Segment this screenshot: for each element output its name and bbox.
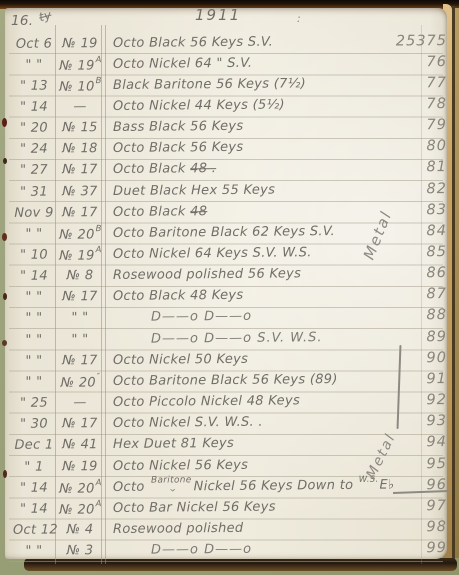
date-cell: " 31 xyxy=(13,184,55,199)
date-cell: " " xyxy=(13,311,55,326)
description-part: Baritone xyxy=(151,475,192,485)
serial-number-cell: 79 xyxy=(395,117,447,133)
number-superscript: A xyxy=(96,499,102,509)
description-part: Octo Nickel S.V. W.S. . xyxy=(113,415,263,431)
date-cell: Dec 1 xyxy=(13,438,55,453)
description-part: Bass Black 56 Keys xyxy=(113,119,244,135)
number-cell: № 19A xyxy=(57,247,103,264)
binding-speck xyxy=(3,158,7,164)
date-cell: " 14 xyxy=(13,269,55,284)
date-cell: " 20 xyxy=(13,121,55,136)
ledger-row: " 20№ 15Bass Black 56 Keys79 xyxy=(5,117,447,141)
scanned-ledger-photo: 16. ty 1911 : Oct 6№ 19Octo Black 56 Key… xyxy=(0,0,459,575)
description-cell: Octo Black 48 . xyxy=(113,160,413,178)
ledger-row: " "№ 17Octo Nickel 50 Keys90 xyxy=(5,350,447,374)
date-cell: " 25 xyxy=(13,396,55,411)
ledger-row: " 27№ 17Octo Black 48 .81 xyxy=(5,159,447,183)
ledger-row: " 14№ 8Rosewood polished 56 Keys86 xyxy=(5,265,447,289)
number-cell: № 20B xyxy=(57,226,103,243)
ledger-rows: Oct 6№ 19Octo Black 56 Keys S.V.25375" "… xyxy=(5,8,447,559)
description-cell: Octo Nickel S.V. W.S. . xyxy=(113,414,413,432)
description-cell: Octo Bar Nickel 56 Keys xyxy=(113,498,413,516)
number-cell: " " xyxy=(57,311,103,326)
number-cell: № 20A xyxy=(57,501,103,518)
description-cell: Octo Black 48 xyxy=(113,202,413,220)
number-cell: № 37 xyxy=(57,184,103,199)
serial-number-cell: 91 xyxy=(395,371,447,387)
description-part: Octo Black 56 Keys S.V. xyxy=(113,34,273,50)
number-cell: № 3 xyxy=(57,543,103,558)
description-part: D——o D——o xyxy=(151,542,252,558)
number-cell: № 4 xyxy=(57,522,103,537)
description-part: Octo Nickel 64 Keys S.V. W.S. xyxy=(113,245,312,262)
description-part: Octo Black 56 Keys xyxy=(113,140,244,156)
date-cell: " " xyxy=(13,544,55,559)
ledger-row: " 25—Octo Piccolo Nickel 48 Keys92 xyxy=(5,392,447,416)
serial-number-cell: 98 xyxy=(395,519,447,535)
serial-number-cell: 95 xyxy=(395,456,447,472)
description-part: Octo Nickel 56 Keys xyxy=(113,457,248,473)
binding-speck xyxy=(2,340,7,346)
description-cell: D——o D——o xyxy=(113,308,413,326)
description-part: Duet Black Hex 55 Keys xyxy=(113,182,275,198)
number-cell: № 19A xyxy=(57,57,103,74)
date-cell: " 1 xyxy=(13,459,55,474)
description-cell: Octo Nickel 50 Keys xyxy=(113,350,413,368)
date-cell: Oct 6 xyxy=(13,36,55,51)
description-part: D——o D——o xyxy=(151,309,252,325)
description-part: Black Baritone 56 Keys (7½) xyxy=(113,76,306,93)
description-part: Rosewood polished xyxy=(113,521,244,537)
serial-number-cell: 94 xyxy=(395,434,447,450)
ledger-row: " 24№ 18Octo Black 56 Keys80 xyxy=(5,138,447,162)
number-cell: № 41 xyxy=(57,437,103,452)
date-cell: " " xyxy=(13,374,55,389)
serial-number-cell: 77 xyxy=(395,75,447,91)
description-part: Hex Duet 81 Keys xyxy=(113,436,234,452)
serial-number-cell: 88 xyxy=(395,308,447,324)
date-cell: " 24 xyxy=(13,142,55,157)
date-cell: " 14 xyxy=(13,501,55,516)
description-part: Octo Nickel 50 Keys xyxy=(113,352,248,368)
serial-number-cell: 78 xyxy=(395,96,447,112)
description-part: 48 . xyxy=(190,161,216,176)
description-part: Octo Black xyxy=(113,204,190,220)
serial-number-cell: 97 xyxy=(395,498,447,514)
serial-number-cell: 76 xyxy=(395,54,447,70)
serial-number-cell: 81 xyxy=(395,159,447,175)
date-cell: " 13 xyxy=(13,78,55,93)
ledger-row: " 14№ 20AOcto BaritoneNickel 56 Keys Dow… xyxy=(5,477,447,501)
description-cell: Rosewood polished xyxy=(113,519,413,537)
serial-number-cell: 99 xyxy=(395,540,447,556)
serial-number-cell: 25375 xyxy=(395,33,447,49)
outer-edge-strip xyxy=(455,8,459,558)
number-cell: — xyxy=(57,99,103,114)
binding-speck xyxy=(3,293,7,300)
date-cell: " 14 xyxy=(13,99,55,114)
ledger-row: " 30№ 17Octo Nickel S.V. W.S. .93 xyxy=(5,413,447,437)
description-cell: D——o D——o xyxy=(113,540,413,558)
number-cell: № 20″ xyxy=(57,374,103,391)
date-cell: Nov 9 xyxy=(13,205,55,220)
date-cell: " 10 xyxy=(13,247,55,262)
description-part: Octo Piccolo Nickel 48 Keys xyxy=(113,393,300,410)
binding-speck xyxy=(2,118,7,127)
ledger-row: Oct 12№ 4Rosewood polished98 xyxy=(5,519,447,543)
ledger-row: " 14№ 20AOcto Bar Nickel 56 Keys97 xyxy=(5,498,447,522)
serial-number-cell: 86 xyxy=(395,265,447,281)
description-cell: Octo Black 56 Keys xyxy=(113,139,413,157)
ledger-row: Oct 6№ 19Octo Black 56 Keys S.V.25375 xyxy=(5,33,447,57)
description-cell: Hex Duet 81 Keys xyxy=(113,435,413,453)
ledger-page: 16. ty 1911 : Oct 6№ 19Octo Black 56 Key… xyxy=(5,8,447,559)
ledger-row: " "№ 19AOcto Nickel 64 " S.V.76 xyxy=(5,54,447,78)
description-cell: Octo Nickel 64 " S.V. xyxy=(113,54,413,72)
number-superscript: B xyxy=(96,76,102,86)
description-part: 48 xyxy=(190,204,207,219)
description-cell: Octo Nickel 44 Keys (5½) xyxy=(113,96,413,114)
ledger-row: " 14—Octo Nickel 44 Keys (5½)78 xyxy=(5,96,447,120)
date-cell: " " xyxy=(13,353,55,368)
serial-number-cell: 80 xyxy=(395,138,447,154)
number-cell: № 17 xyxy=(57,205,103,220)
number-cell: № 17 xyxy=(57,162,103,177)
ledger-row: " "" "D——o D——o S.V. W.S.89 xyxy=(5,329,447,353)
number-cell: № 19 xyxy=(57,36,103,51)
description-cell: Black Baritone 56 Keys (7½) xyxy=(113,75,413,93)
description-cell: Bass Black 56 Keys xyxy=(113,117,413,135)
number-cell: № 15 xyxy=(57,120,103,135)
description-part: Octo Nickel 44 Keys (5½) xyxy=(113,97,285,113)
number-superscript: B xyxy=(96,224,102,234)
number-superscript: A xyxy=(96,478,102,488)
ledger-row: " "№ 20″Octo Baritone Black 56 Keys (89)… xyxy=(5,371,447,395)
number-cell: № 17 xyxy=(57,353,103,368)
description-part: Rosewood polished 56 Keys xyxy=(113,266,301,283)
description-cell: Octo Black 56 Keys S.V. xyxy=(113,33,413,51)
date-cell: " " xyxy=(13,57,55,72)
serial-number-cell: 90 xyxy=(395,350,447,366)
ledger-row: " 13№ 10BBlack Baritone 56 Keys (7½)77 xyxy=(5,75,447,99)
description-part: Octo Baritone Black 62 Keys S.V. xyxy=(113,224,335,241)
ledger-row: " "" "D——o D——o88 xyxy=(5,308,447,332)
date-cell: Oct 12 xyxy=(13,522,55,537)
serial-number-cell: 87 xyxy=(395,286,447,302)
date-cell: " 27 xyxy=(13,163,55,178)
number-cell: № 19 xyxy=(57,459,103,474)
binding-speck xyxy=(2,233,7,241)
description-part: Octo Baritone Black 56 Keys (89) xyxy=(113,372,338,389)
description-cell: Rosewood polished 56 Keys xyxy=(113,266,413,284)
description-cell: Octo BaritoneNickel 56 Keys Down to W.S.… xyxy=(113,477,413,495)
description-part: Octo Black 48 Keys xyxy=(113,288,244,304)
description-cell: Octo Baritone Black 56 Keys (89) xyxy=(113,371,413,389)
serial-number-cell: 85 xyxy=(395,244,447,260)
number-cell: " " xyxy=(57,332,103,347)
description-part: D——o D——o S.V. W.S. xyxy=(151,330,323,346)
date-cell: " " xyxy=(13,332,55,347)
description-cell: Octo Black 48 Keys xyxy=(113,287,413,305)
number-superscript: A xyxy=(96,245,102,255)
description-part: Octo Bar Nickel 56 Keys xyxy=(113,499,276,515)
ledger-row: " 31№ 37Duet Black Hex 55 Keys82 xyxy=(5,181,447,205)
number-cell: № 8 xyxy=(57,268,103,283)
description-cell: Octo Piccolo Nickel 48 Keys xyxy=(113,392,413,410)
number-superscript: ″ xyxy=(97,372,101,382)
description-part: Octo xyxy=(113,479,149,494)
number-cell: № 17 xyxy=(57,416,103,431)
description-part: Octo Nickel 64 " S.V. xyxy=(113,55,252,71)
number-cell: № 20A xyxy=(57,480,103,497)
description-cell: Duet Black Hex 55 Keys xyxy=(113,181,413,199)
description-part: Octo Black xyxy=(113,162,190,178)
date-cell: " " xyxy=(13,226,55,241)
number-cell: № 18 xyxy=(57,141,103,156)
serial-number-cell: 93 xyxy=(395,413,447,429)
date-cell: " " xyxy=(13,290,55,305)
number-cell: № 17 xyxy=(57,289,103,304)
description-cell: D——o D——o S.V. W.S. xyxy=(113,329,413,347)
ledger-row: " "№ 3D——o D——o99 xyxy=(5,540,447,564)
description-part: E♭ xyxy=(379,477,394,492)
number-cell: — xyxy=(57,395,103,410)
date-cell: " 14 xyxy=(13,480,55,495)
number-cell: № 10B xyxy=(57,78,103,95)
binding-speck xyxy=(3,470,7,478)
serial-number-cell: 84 xyxy=(395,223,447,239)
serial-number-cell: 92 xyxy=(395,392,447,408)
description-part: Nickel 56 Keys Down to xyxy=(194,477,358,493)
serial-number-cell: 89 xyxy=(395,329,447,345)
serial-number-cell: 82 xyxy=(395,181,447,197)
date-cell: " 30 xyxy=(13,417,55,432)
serial-number-cell: 83 xyxy=(395,202,447,218)
number-superscript: A xyxy=(96,55,102,65)
